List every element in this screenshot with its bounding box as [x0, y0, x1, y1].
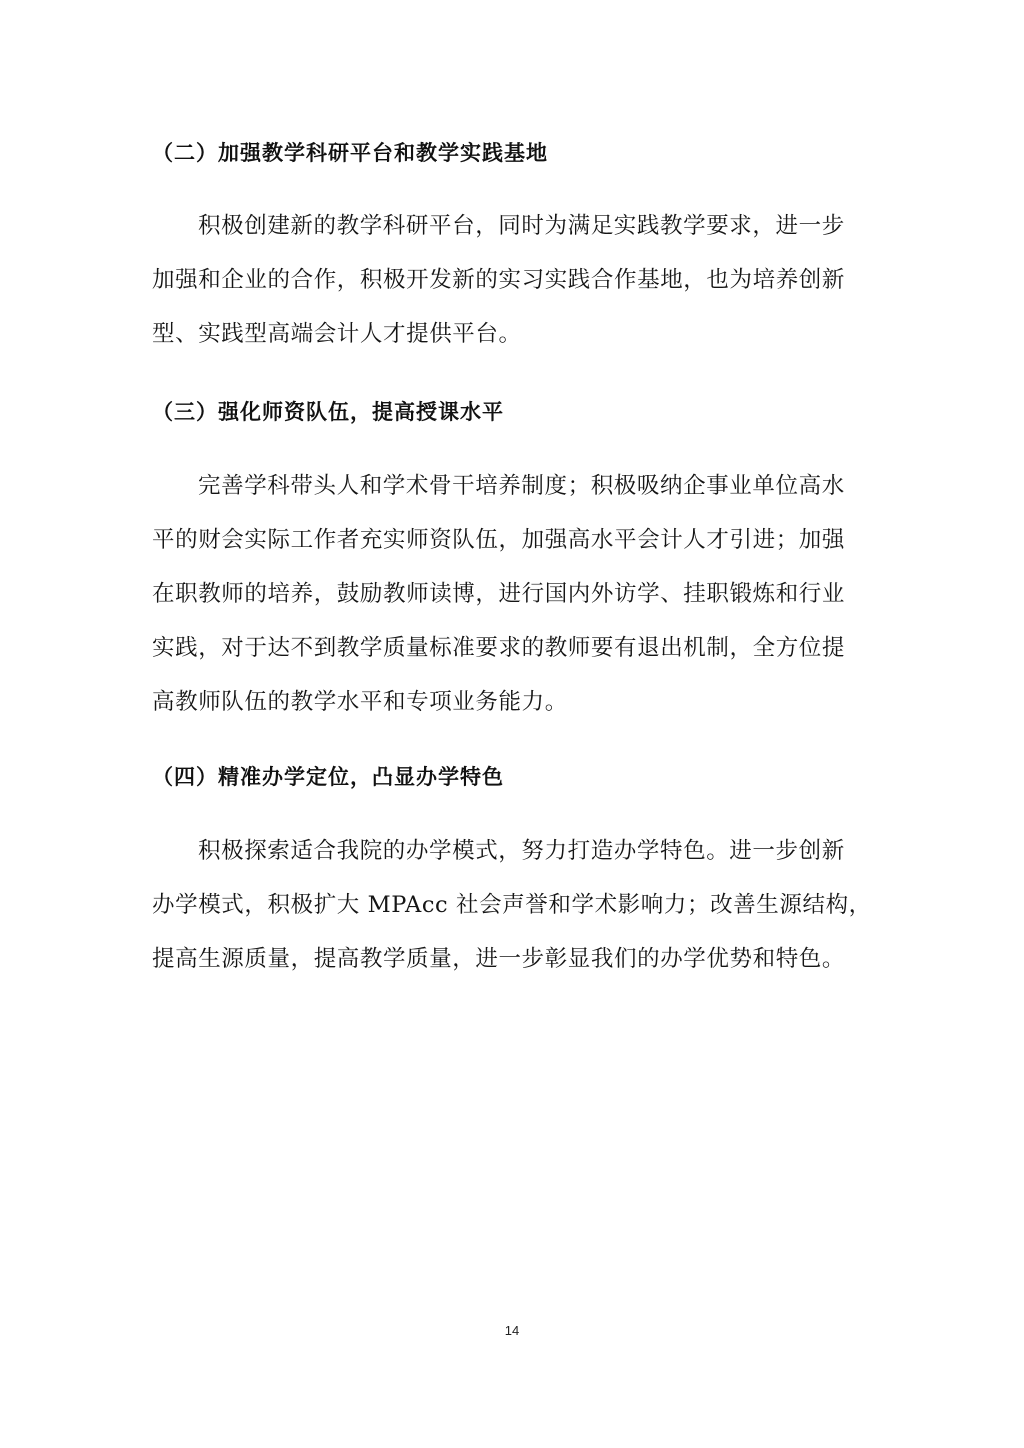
page-number: 14 [0, 1323, 1024, 1338]
paragraph-line: 型、实践型高端会计人才提供平台。 [152, 307, 874, 361]
paragraph-line: 积极创建新的教学科研平台，同时为满足实践教学要求，进一步 [152, 199, 874, 253]
paragraph-line: 实践，对于达不到教学质量标准要求的教师要有退出机制，全方位提 [152, 621, 874, 675]
paragraph-line: 加强和企业的合作，积极开发新的实习实践合作基地，也为培养创新 [152, 253, 874, 307]
paragraph-line: 办学模式，积极扩大 MPAcc 社会声誉和学术影响力；改善生源结构， [152, 878, 874, 932]
section-heading-4: （四）精准办学定位，凸显办学特色 [152, 763, 504, 791]
paragraph-line: 平的财会实际工作者充实师资队伍，加强高水平会计人才引进；加强 [152, 513, 874, 567]
document-page: （二）加强教学科研平台和教学实践基地 积极创建新的教学科研平台，同时为满足实践教… [0, 0, 1024, 1448]
paragraph-line: 在职教师的培养，鼓励教师读博，进行国内外访学、挂职锻炼和行业 [152, 567, 874, 621]
section-paragraph-3: 完善学科带头人和学术骨干培养制度；积极吸纳企事业单位高水 平的财会实际工作者充实… [152, 459, 874, 729]
section-heading-2: （二）加强教学科研平台和教学实践基地 [152, 139, 548, 167]
paragraph-line: 完善学科带头人和学术骨干培养制度；积极吸纳企事业单位高水 [152, 459, 874, 513]
paragraph-line: 积极探索适合我院的办学模式，努力打造办学特色。进一步创新 [152, 824, 874, 878]
paragraph-line: 提高生源质量，提高教学质量，进一步彰显我们的办学优势和特色。 [152, 932, 874, 986]
paragraph-line: 高教师队伍的教学水平和专项业务能力。 [152, 675, 874, 729]
section-heading-3: （三）强化师资队伍，提高授课水平 [152, 398, 504, 426]
section-paragraph-4: 积极探索适合我院的办学模式，努力打造办学特色。进一步创新 办学模式，积极扩大 M… [152, 824, 874, 986]
section-paragraph-2: 积极创建新的教学科研平台，同时为满足实践教学要求，进一步 加强和企业的合作，积极… [152, 199, 874, 361]
